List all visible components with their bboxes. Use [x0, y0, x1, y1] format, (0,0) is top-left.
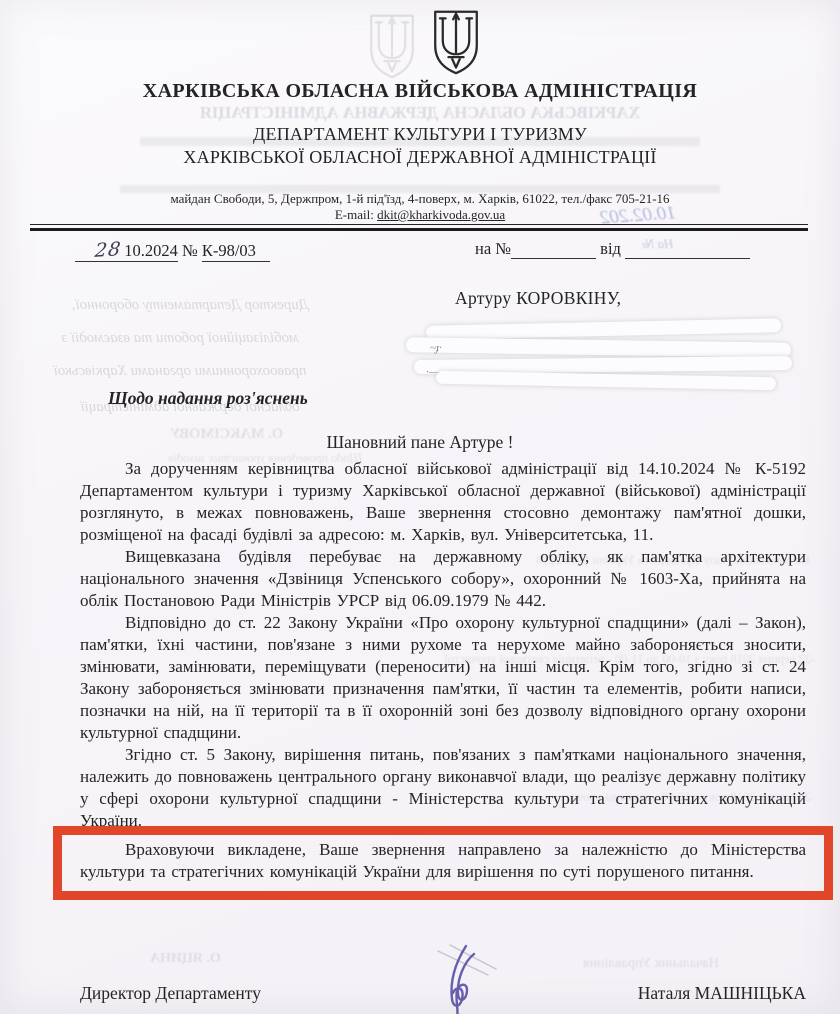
- ghost-office-line: правоохоронними органами Харківської: [30, 363, 330, 380]
- handwritten-signature-ink: [424, 941, 502, 1014]
- ghost-header-bleedthrough: ХАРКІВСЬКА ОБЛАСНА ДЕРЖАВНА АДМІНІСТРАЦІ…: [95, 103, 745, 123]
- letter-body: За дорученням керівництва обласної війсь…: [80, 458, 806, 900]
- from-label: від: [600, 239, 621, 258]
- whiteout-stroke: [426, 318, 781, 339]
- email-label: E-mail:: [335, 207, 374, 222]
- ghost-office-line: Директор Департаменту оборонної,: [60, 297, 320, 314]
- outgoing-reference: 2810.2024 № К-98/03: [75, 239, 270, 262]
- scanned-letter-page: ХАРКІВСЬКА ОБЛАСНА ВІЙСЬКОВА АДМІНІСТРАЦ…: [0, 0, 840, 1014]
- date-rest: 10.2024: [124, 241, 178, 260]
- incoming-label: на №: [475, 239, 511, 258]
- pen-trace: ~ɟ·: [430, 342, 442, 354]
- ghost-signoff-title: Начальник Управління: [583, 956, 719, 972]
- handwritten-day: 28: [94, 238, 123, 262]
- whiteout-redaction: ~ɟ· ·—: [406, 320, 796, 400]
- blank-line: [625, 242, 750, 259]
- highlighted-paragraph: Враховуючи викладене, Ваше звернення нап…: [80, 839, 806, 883]
- department-line2: ХАРКІВСЬКОЇ ОБЛАСНОЇ ДЕРЖАВНОЇ АДМІНІСТР…: [0, 147, 840, 168]
- paragraph-3: Відповідно до ст. 22 Закону України «Про…: [80, 612, 806, 744]
- subject-line: Щодо надання роз'яснень: [108, 388, 308, 409]
- signer-position: Директор Департаменту: [80, 983, 261, 1004]
- whiteout-stroke: [436, 371, 776, 391]
- addressee-name: Артуру КОРОВКІНУ,: [455, 288, 621, 309]
- outgoing-number: К-98/03: [202, 241, 270, 262]
- postal-address: майдан Свободи, 5, Держпром, 1-й під'їзд…: [0, 191, 840, 207]
- paragraph-4: Згідно ст. 5 Закону, вирішення питань, п…: [80, 744, 806, 832]
- ghost-office-line: мобілізаційної роботи та взаємодії з: [40, 330, 320, 347]
- trident-emblem-icon: [427, 8, 485, 76]
- header-divider-rule: [30, 224, 808, 231]
- trident-emblem-ghost-icon: [363, 12, 421, 80]
- number-sign: №: [182, 241, 198, 260]
- ghost-signoff-name: О. ЯЦИНА: [150, 951, 221, 967]
- email-line: E-mail: dkit@kharkivoda.gov.ua: [0, 207, 840, 223]
- blank-line: [511, 242, 596, 259]
- date-underlined: 2810.2024: [75, 239, 178, 262]
- email-address: dkit@kharkivoda.gov.ua: [377, 207, 505, 222]
- whiteout-stroke: [406, 337, 791, 357]
- signer-name: Наталя МАШНІЦЬКА: [638, 983, 806, 1004]
- paragraph-2: Вищевказана будівля перебуває на державн…: [80, 546, 806, 612]
- incoming-reference: на № від: [475, 239, 750, 259]
- paragraph-1: За дорученням керівництва обласної війсь…: [80, 458, 806, 546]
- salutation: Шановний пане Артуре !: [0, 432, 840, 453]
- organization-name: ХАРКІВСЬКА ОБЛАСНА ВІЙСЬКОВА АДМІНІСТРАЦ…: [0, 80, 840, 103]
- pen-trace: ·—: [426, 366, 439, 378]
- department-line1: ДЕПАРТАМЕНТ КУЛЬТУРИ І ТУРИЗМУ: [0, 124, 840, 145]
- red-highlight-box: Враховуючи викладене, Ваше звернення нап…: [53, 826, 833, 900]
